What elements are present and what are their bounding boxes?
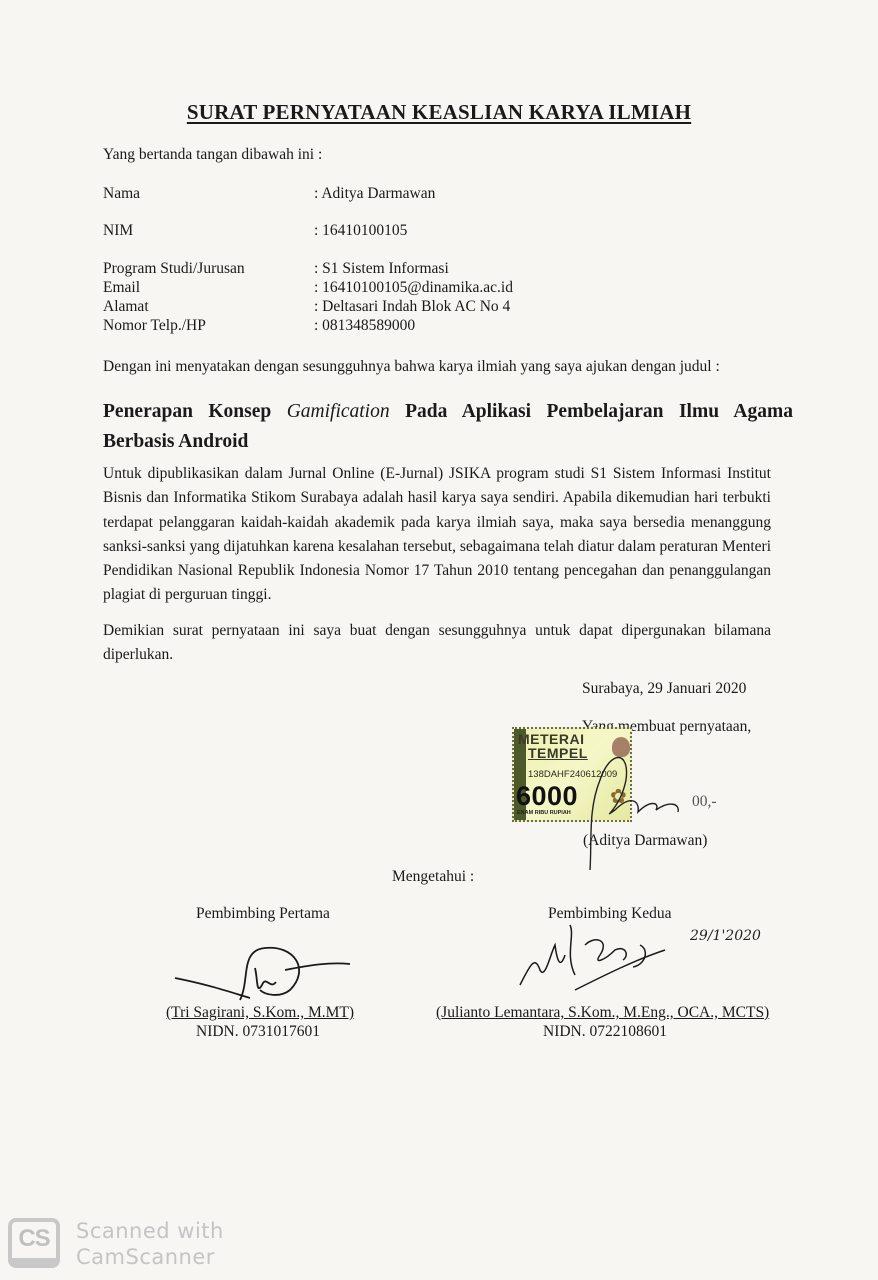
paragraph-closing: Demikian surat pernyataan ini saya buat … (103, 619, 771, 668)
work-title-italic: Gamification (287, 401, 390, 422)
camscanner-watermark: Scanned with CamScanner (76, 1218, 224, 1270)
watermark-line2: CamScanner (76, 1244, 224, 1270)
supervisor2-name: (Julianto Lemantara, S.Kom., M.Eng., OCA… (436, 1004, 769, 1022)
field-value-email: : 16410100105@dinamika.ac.id (314, 279, 513, 297)
signer-name: (Aditya Darmawan) (583, 832, 707, 850)
field-label-nama: Nama (103, 185, 140, 203)
watermark-line1: Scanned with (76, 1218, 224, 1244)
signer-signature (560, 740, 720, 880)
work-title-part1: Penerapan Konsep (103, 401, 287, 422)
document-title: SURAT PERNYATAAN KEASLIAN KARYA ILMIAH (0, 100, 878, 125)
supervisor2-handwritten-date: 29/1'2020 (690, 928, 761, 944)
supervisor2-nidn: NIDN. 0722108601 (543, 1023, 667, 1041)
place-date: Surabaya, 29 Januari 2020 (582, 680, 746, 698)
field-value-nama: : Aditya Darmawan (314, 185, 435, 203)
camscanner-logo-icon: CS (8, 1218, 60, 1268)
field-label-alamat: Alamat (103, 298, 149, 316)
supervisor1-role: Pembimbing Pertama (196, 905, 330, 923)
field-label-email: Email (103, 279, 140, 297)
supervisor2-signature (515, 915, 685, 995)
paragraph-publication: Untuk dipublikasikan dalam Jurnal Online… (103, 462, 771, 608)
supervisor1-signature (170, 940, 360, 1010)
field-label-telp: Nomor Telp./HP (103, 317, 206, 335)
field-value-telp: : 081348589000 (314, 317, 415, 335)
supervisor1-nidn: NIDN. 0731017601 (196, 1023, 320, 1041)
statement-intro: Dengan ini menyatakan dengan sesungguhny… (103, 358, 720, 376)
field-label-program: Program Studi/Jurusan (103, 260, 245, 278)
work-title: Penerapan Konsep Gamification Pada Aplik… (103, 397, 793, 457)
field-value-program: : S1 Sistem Informasi (314, 260, 449, 278)
field-value-alamat: : Deltasari Indah Blok AC No 4 (314, 298, 510, 316)
supervisor1-name: (Tri Sagirani, S.Kom., M.MT) (166, 1004, 354, 1022)
acknowledged-label: Mengetahui : (392, 868, 474, 886)
intro-text: Yang bertanda tangan dibawah ini : (103, 146, 322, 164)
field-value-nim: : 16410100105 (314, 222, 407, 240)
field-label-nim: NIM (103, 222, 133, 240)
